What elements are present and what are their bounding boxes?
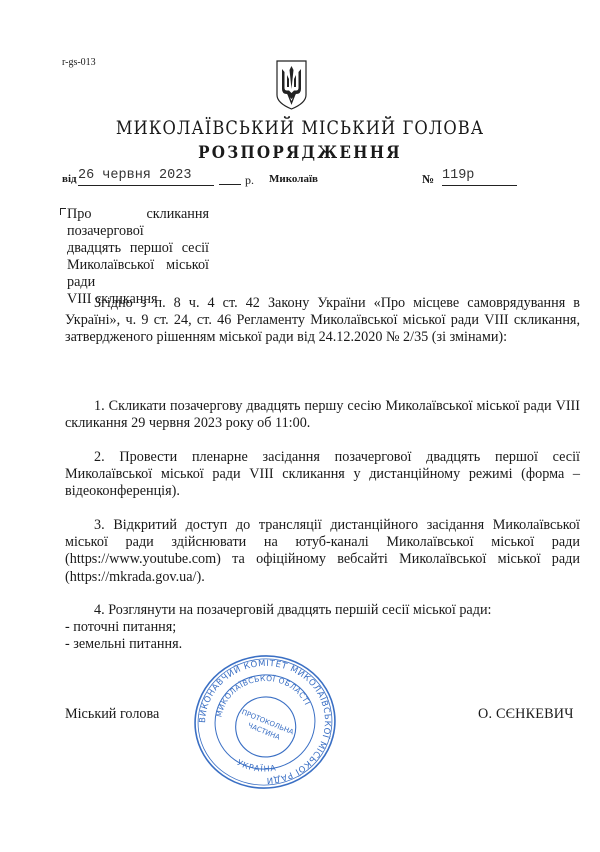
date-blank-line [219, 184, 241, 185]
subject-line: Про скликання позачергової [62, 206, 209, 240]
year-suffix: р. [245, 173, 254, 188]
basis-paragraph: Згідно з п. 8 ч. 4 ст. 42 Закону України… [65, 295, 580, 347]
document-subject: Про скликання позачергової двадцять перш… [62, 206, 209, 308]
subject-corner-mark [60, 208, 66, 215]
city-label: Миколаїв [269, 173, 318, 185]
order-item-text: 2. Провести пленарне засідання позачерго… [65, 449, 580, 501]
order-item-1: 1. Скликати позачергову двадцять першу с… [65, 398, 580, 432]
document-meta-row: від 26 червня 2023 р. Миколаїв № 119р [62, 168, 522, 190]
subject-line: двадцять першої сесії [62, 240, 209, 257]
document-code-label: r-gs-013 [62, 57, 96, 68]
order-item-text: 1. Скликати позачергову двадцять першу с… [65, 398, 580, 432]
basis-text: Згідно з п. 8 ч. 4 ст. 42 Закону України… [65, 295, 580, 347]
number-label: № [422, 172, 434, 187]
document-type-title: РОЗПОРЯДЖЕННЯ [24, 143, 576, 162]
order-item-3: 3. Відкритий доступ до трансляції дистан… [65, 517, 580, 586]
signature-role: Міський голова [65, 706, 159, 723]
subject-line: Миколаївської міської ради [62, 257, 209, 291]
from-label: від [62, 173, 77, 185]
order-item-text: 3. Відкритий доступ до трансляції дистан… [65, 517, 580, 586]
trident-coat-of-arms-icon [275, 59, 308, 111]
document-number: 119р [442, 168, 517, 186]
document-date: 26 червня 2023 [78, 168, 214, 186]
order-item-2: 2. Провести пленарне засідання позачерго… [65, 449, 580, 501]
order-item-4: 4. Розглянути на позачерговій двадцять п… [65, 602, 580, 654]
order-item-text: 4. Розглянути на позачерговій двадцять п… [65, 602, 580, 619]
official-stamp: ВИКОНАВЧИЙ КОМІТЕТ МИКОЛАЇВСЬКОЇ МІСЬКОЇ… [190, 652, 340, 792]
signature-name: О. СЄНКЕВИЧ [478, 706, 574, 723]
header-title: МИКОЛАЇВСЬКИЙ МІСЬКИЙ ГОЛОВА [36, 118, 564, 139]
order-sublist-item: - поточні питання; [65, 619, 580, 636]
